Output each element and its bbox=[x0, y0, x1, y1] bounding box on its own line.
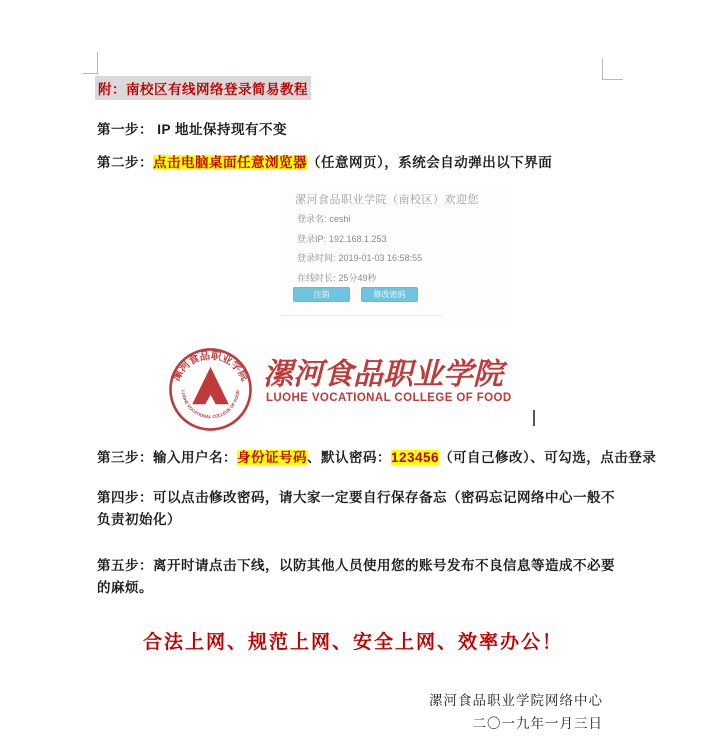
login-time-value: 2019-01-03 16:58:55 bbox=[339, 253, 423, 263]
step-4-text: 可以点击修改密码，请大家一定要自行保存备忘（密码忘记网络中心一般不负责初始化） bbox=[97, 490, 615, 527]
login-ip-row: 登录IP:192.168.1.253 bbox=[297, 232, 387, 245]
online-duration-label: 在线时长: bbox=[297, 273, 336, 283]
step-3-password-highlight: 123456 bbox=[391, 450, 439, 465]
slogan-line: 合法上网、规范上网、安全上网、效率办公！ bbox=[0, 627, 706, 654]
step-2-line: 第二步：点击电脑桌面任意浏览器（任意网页），系统会自动弹出以下界面 bbox=[97, 152, 552, 174]
change-password-button[interactable]: 修改密码 bbox=[361, 287, 418, 302]
text-cursor bbox=[533, 410, 535, 426]
login-time-label: 登录时间: bbox=[297, 253, 336, 263]
step-5-label: 第五步： bbox=[97, 558, 153, 573]
document-page: 附：南校区有线网络登录简易教程 第一步： IP 地址保持现有不变 第二步：点击电… bbox=[0, 0, 706, 755]
signature-block: 漯河食品职业学院网络中心 二〇一九年一月三日 bbox=[429, 689, 603, 735]
step-5-text: 离开时请点击下线，以防其他人员使用您的账号发布不良信息等造成不必要的麻烦。 bbox=[97, 558, 615, 595]
margin-crop-mark-left bbox=[83, 52, 98, 74]
login-ip-value: 192.168.1.253 bbox=[329, 234, 387, 244]
login-name-label: 登录名: bbox=[297, 214, 327, 224]
panel-divider bbox=[281, 315, 442, 316]
online-duration-row: 在线时长:25分49秒 bbox=[297, 271, 377, 284]
college-name-english: LUOHE VOCATIONAL COLLEGE OF FOOD bbox=[266, 392, 512, 404]
college-name-chinese: 漯河食品职业学院 bbox=[263, 349, 513, 393]
login-name-row: 登录名:ceshi bbox=[297, 212, 351, 225]
step-3-post: （可自己修改）、可勾选，点击登录 bbox=[439, 450, 656, 465]
step-5-line: 第五步：离开时请点击下线，以防其他人员使用您的账号发布不良信息等造成不必要的麻烦… bbox=[97, 555, 619, 599]
signature-org: 漯河食品职业学院网络中心 bbox=[429, 689, 603, 712]
step-3-label: 第三步： bbox=[97, 450, 153, 465]
step-4-line: 第四步：可以点击修改密码，请大家一定要自行保存备忘（密码忘记网络中心一般不负责初… bbox=[97, 487, 619, 531]
step-2-rest: （任意网页），系统会自动弹出以下界面 bbox=[307, 155, 552, 170]
step-2-label: 第二步： bbox=[97, 155, 153, 170]
login-panel-title: 漯河食品职业学院（南校区）欢迎您 bbox=[295, 191, 479, 207]
logout-button[interactable]: 注销 bbox=[293, 287, 350, 302]
step-3-pre: 输入用户名： bbox=[153, 450, 237, 465]
margin-crop-mark-right bbox=[602, 58, 623, 80]
login-name-value: ceshi bbox=[330, 214, 351, 224]
seal-triangle-mark bbox=[192, 367, 229, 404]
step-3-line: 第三步：输入用户名：身份证号码、默认密码：123456（可自己修改）、可勾选，点… bbox=[97, 447, 656, 469]
step-4-label: 第四步： bbox=[97, 490, 153, 505]
step-3-mid: 、默认密码： bbox=[307, 450, 391, 465]
step-1-text: IP 地址保持现有不变 bbox=[153, 122, 287, 137]
step-3-username-highlight: 身份证号码 bbox=[237, 450, 307, 465]
login-time-row: 登录时间:2019-01-03 16:58:55 bbox=[297, 251, 422, 264]
step-1-label: 第一步： bbox=[97, 122, 153, 137]
attachment-title: 附：南校区有线网络登录简易教程 bbox=[95, 76, 311, 100]
step-1-line: 第一步： IP 地址保持现有不变 bbox=[97, 119, 287, 141]
signature-date: 二〇一九年一月三日 bbox=[429, 712, 603, 735]
college-seal-logo: 漯河食品职业学院 LUOHE VOCATIONAL COLLEGE OF FOO… bbox=[167, 346, 254, 433]
online-duration-value: 25分49秒 bbox=[339, 273, 377, 283]
login-ip-label: 登录IP: bbox=[297, 234, 326, 244]
step-2-highlighted-text: 点击电脑桌面任意浏览器 bbox=[153, 155, 307, 170]
login-panel-screenshot: 漯河食品职业学院（南校区）欢迎您 登录名:ceshi 登录IP:192.168.… bbox=[280, 186, 510, 322]
